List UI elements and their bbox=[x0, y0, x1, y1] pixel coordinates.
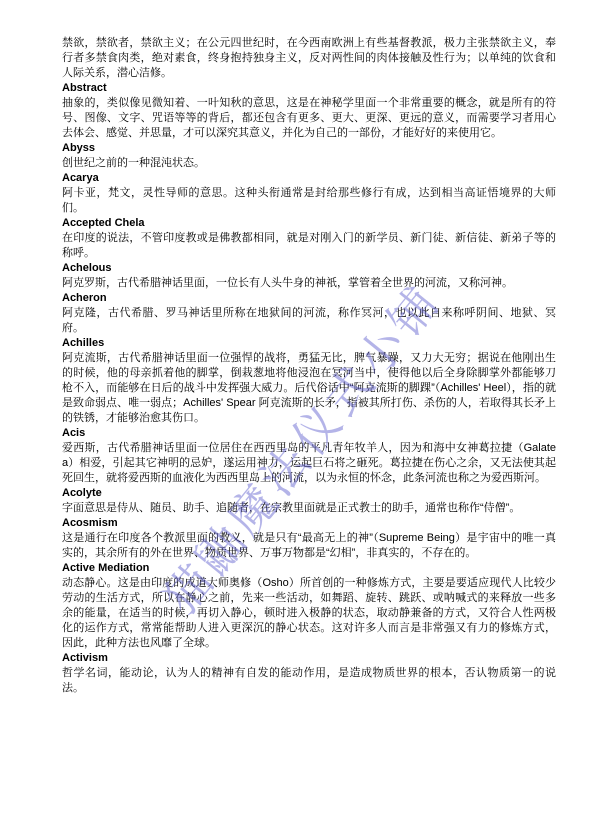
glossary-entry: Acosmism 这是通行在印度各个教派里面的教义，就是只有“最高无上的神”（S… bbox=[62, 516, 556, 561]
glossary-definition: 在印度的说法，不管印度教或是佛教都相同，就是对刚入门的新学员、新门徒、新信徒、新… bbox=[62, 231, 556, 261]
glossary-entry: Achelous 阿克罗斯，古代希腊神话里面，一位长有人头牛身的神祇，掌管着全世… bbox=[62, 261, 556, 291]
glossary-definition: 阿克隆，古代希腊、罗马神话里所称在地狱间的河流，称作冥河，也以此自来称呼阴间、地… bbox=[62, 306, 556, 336]
glossary-definition: 创世纪之前的一种混沌状态。 bbox=[62, 156, 556, 171]
glossary-entry: Abstract 抽象的，类似像见微知着、一叶知秋的意思，这是在神秘学里面一个非… bbox=[62, 81, 556, 141]
glossary-entry: Active Mediation 动态静心。这是由印度的成道大师奥修（Osho）… bbox=[62, 561, 556, 651]
glossary-definition: 阿克罗斯，古代希腊神话里面，一位长有人头牛身的神祇，掌管着全世界的河流，又称河神… bbox=[62, 276, 556, 291]
glossary-entry: Acis 爱西斯，古代希腊神话里面一位居住在西西里岛的平凡青年牧羊人，因为和海中… bbox=[62, 426, 556, 486]
glossary-term: Achilles bbox=[62, 336, 556, 351]
glossary-entry: Accepted Chela 在印度的说法，不管印度教或是佛教都相同，就是对刚入… bbox=[62, 216, 556, 261]
glossary-term: Achelous bbox=[62, 261, 556, 276]
glossary-term: Abyss bbox=[62, 141, 556, 156]
glossary-term: Accepted Chela bbox=[62, 216, 556, 231]
glossary-term: Activism bbox=[62, 651, 556, 666]
glossary-term: Abstract bbox=[62, 81, 556, 96]
glossary-content: 禁欲，禁欲者，禁欲主义；在公元四世纪时，在今西南欧洲上有些基督教派，极力主张禁欲… bbox=[62, 36, 556, 696]
glossary-term: Acarya bbox=[62, 171, 556, 186]
glossary-term: Acheron bbox=[62, 291, 556, 306]
glossary-definition: 爱西斯，古代希腊神话里面一位居住在西西里岛的平凡青年牧羊人，因为和海中女神葛拉捷… bbox=[62, 441, 556, 486]
glossary-list: Abstract 抽象的，类似像见微知着、一叶知秋的意思，这是在神秘学里面一个非… bbox=[62, 81, 556, 696]
glossary-definition: 动态静心。这是由印度的成道大师奥修（Osho）所首创的一种修炼方式，主要是要适应… bbox=[62, 576, 556, 651]
glossary-term: Acis bbox=[62, 426, 556, 441]
glossary-entry: Abyss 创世纪之前的一种混沌状态。 bbox=[62, 141, 556, 171]
glossary-definition: 这是通行在印度各个教派里面的教义，就是只有“最高无上的神”（Supreme Be… bbox=[62, 531, 556, 561]
glossary-entry: Acarya 阿卡亚，梵文，灵性导师的意思。这种头衔通常是封给那些修行有成，达到… bbox=[62, 171, 556, 216]
glossary-definition: 字面意思是侍从、随员、助手、追随者，在宗教里面就是正式教士的助手，通常也称作“侍… bbox=[62, 501, 556, 516]
glossary-term: Active Mediation bbox=[62, 561, 556, 576]
document-page: 猫鼬魔法仪式小铺 禁欲，禁欲者，禁欲主义；在公元四世纪时，在今西南欧洲上有些基督… bbox=[0, 0, 596, 817]
glossary-entry: Acolyte 字面意思是侍从、随员、助手、追随者，在宗教里面就是正式教士的助手… bbox=[62, 486, 556, 516]
glossary-definition: 哲学名词，能动论，认为人的精神有自发的能动作用，是造成物质世界的根本，否认物质第… bbox=[62, 666, 556, 696]
glossary-definition: 抽象的，类似像见微知着、一叶知秋的意思，这是在神秘学里面一个非常重要的概念，就是… bbox=[62, 96, 556, 141]
glossary-definition: 阿克流斯，古代希腊神话里面一位强悍的战将，勇猛无比，脾气暴躁，又力大无穷；据说在… bbox=[62, 351, 556, 426]
glossary-entry: Activism 哲学名词，能动论，认为人的精神有自发的能动作用，是造成物质世界… bbox=[62, 651, 556, 696]
glossary-intro-paragraph: 禁欲，禁欲者，禁欲主义；在公元四世纪时，在今西南欧洲上有些基督教派，极力主张禁欲… bbox=[62, 36, 556, 81]
glossary-entry: Acheron 阿克隆，古代希腊、罗马神话里所称在地狱间的河流，称作冥河，也以此… bbox=[62, 291, 556, 336]
glossary-term: Acosmism bbox=[62, 516, 556, 531]
glossary-definition: 阿卡亚，梵文，灵性导师的意思。这种头衔通常是封给那些修行有成，达到相当高证悟境界… bbox=[62, 186, 556, 216]
glossary-entry: Achilles 阿克流斯，古代希腊神话里面一位强悍的战将，勇猛无比，脾气暴躁，… bbox=[62, 336, 556, 426]
glossary-term: Acolyte bbox=[62, 486, 556, 501]
